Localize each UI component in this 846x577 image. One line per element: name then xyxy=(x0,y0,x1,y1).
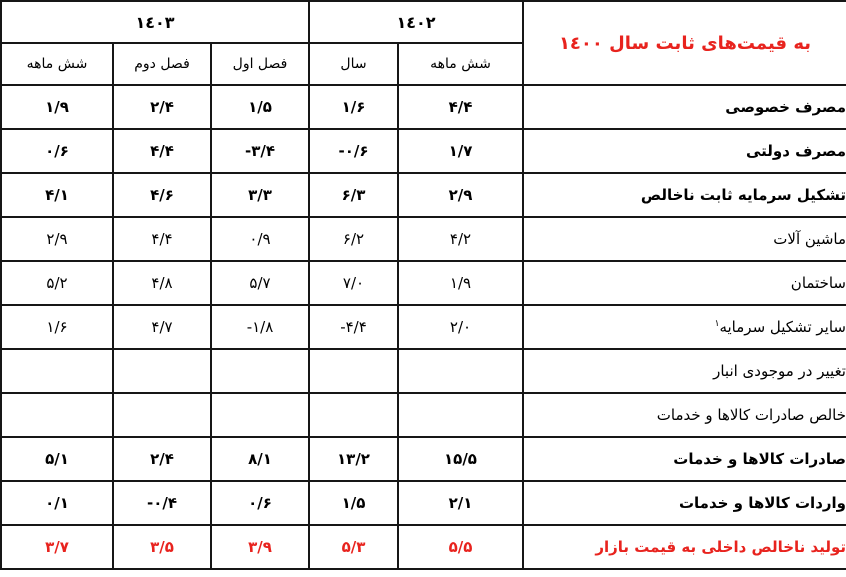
value-cell: -۱/۸ xyxy=(211,305,309,349)
value-cell: ۳/۵ xyxy=(113,525,211,569)
table-row-imports: واردات کالاها و خدمات ۲/۱ ۱/۵ ۰/۶ -۰/۴ ۰… xyxy=(1,481,846,525)
value-cell: ۴/۸ xyxy=(113,261,211,305)
value-cell: ۴/۴ xyxy=(398,85,523,129)
value-cell: -۰/۴ xyxy=(113,481,211,525)
value-cell xyxy=(1,349,113,393)
year-header-row: به قیمت‌های ثابت سال ١٤٠٠ ١٤٠٢ ١٤٠٣ xyxy=(1,1,846,43)
value-cell: ۱/۵ xyxy=(211,85,309,129)
national-accounts-table: به قیمت‌های ثابت سال ١٤٠٠ ١٤٠٢ ١٤٠٣ شش م… xyxy=(0,0,846,570)
table-row-private-consumption: مصرف خصوصی ۴/۴ ۱/۶ ۱/۵ ۲/۴ ۱/۹ xyxy=(1,85,846,129)
value-cell xyxy=(398,349,523,393)
row-label: تشکیل سرمایه ثابت ناخالص xyxy=(523,173,846,217)
value-cell: ۷/۰ xyxy=(309,261,398,305)
table-row-net-exports: خالص صادرات کالاها و خدمات xyxy=(1,393,846,437)
value-cell xyxy=(398,393,523,437)
value-cell: ۸/۱ xyxy=(211,437,309,481)
value-cell: ۶/۲ xyxy=(309,217,398,261)
row-label: ساختمان xyxy=(523,261,846,305)
value-cell: ۱/۹ xyxy=(398,261,523,305)
value-cell xyxy=(211,393,309,437)
value-cell: ۰/۶ xyxy=(1,129,113,173)
value-cell: ۳/۹ xyxy=(211,525,309,569)
row-label: تولید ناخالص داخلی به قیمت بازار xyxy=(523,525,846,569)
value-cell xyxy=(309,349,398,393)
table-row-gross-fixed-capital: تشکیل سرمایه ثابت ناخالص ۲/۹ ۶/۳ ۳/۳ ۴/۶… xyxy=(1,173,846,217)
value-cell xyxy=(113,393,211,437)
value-cell: ۱۵/۵ xyxy=(398,437,523,481)
subheader-1403-q1: فصل اول xyxy=(211,43,309,85)
value-cell: ۴/۷ xyxy=(113,305,211,349)
row-label: تغییر در موجودی انبار xyxy=(523,349,846,393)
value-cell: -۳/۴ xyxy=(211,129,309,173)
value-cell: -۴/۴ xyxy=(309,305,398,349)
value-cell: ۳/۷ xyxy=(1,525,113,569)
value-cell: ۵/۷ xyxy=(211,261,309,305)
report-page: به قیمت‌های ثابت سال ١٤٠٠ ١٤٠٢ ١٤٠٣ شش م… xyxy=(0,0,846,577)
value-cell xyxy=(113,349,211,393)
table-row-other-capital-formation: سایر تشکیل سرمایه۱ ۲/۰ -۴/۴ -۱/۸ ۴/۷ ۱/۶ xyxy=(1,305,846,349)
table-title: به قیمت‌های ثابت سال ١٤٠٠ xyxy=(523,1,846,85)
value-cell: ۴/۴ xyxy=(113,217,211,261)
value-cell: ۱/۶ xyxy=(309,85,398,129)
row-label: صادرات کالاها و خدمات xyxy=(523,437,846,481)
table-row-construction: ساختمان ۱/۹ ۷/۰ ۵/۷ ۴/۸ ۵/۲ xyxy=(1,261,846,305)
value-cell: ۵/۵ xyxy=(398,525,523,569)
year-header-1403: ١٤٠٣ xyxy=(1,1,309,43)
subheader-1403-q2: فصل دوم xyxy=(113,43,211,85)
value-cell: ۱/۹ xyxy=(1,85,113,129)
value-cell: ۲/۴ xyxy=(113,437,211,481)
value-cell: ۰/۶ xyxy=(211,481,309,525)
value-cell: ۵/۲ xyxy=(1,261,113,305)
value-cell: ۴/۶ xyxy=(113,173,211,217)
row-label: سایر تشکیل سرمایه۱ xyxy=(523,305,846,349)
subheader-1403-six-month: شش ماهه xyxy=(1,43,113,85)
value-cell: -۰/۶ xyxy=(309,129,398,173)
table-row-inventory-change: تغییر در موجودی انبار xyxy=(1,349,846,393)
value-cell: ۲/۰ xyxy=(398,305,523,349)
subheader-1402-year: سال xyxy=(309,43,398,85)
value-cell: ۲/۴ xyxy=(113,85,211,129)
value-cell xyxy=(1,393,113,437)
value-cell: ۳/۳ xyxy=(211,173,309,217)
table-row-exports: صادرات کالاها و خدمات ۱۵/۵ ۱۳/۲ ۸/۱ ۲/۴ … xyxy=(1,437,846,481)
value-cell: ۴/۱ xyxy=(1,173,113,217)
table-row-gdp-market-price: تولید ناخالص داخلی به قیمت بازار ۵/۵ ۵/۳… xyxy=(1,525,846,569)
table-row-government-consumption: مصرف دولتی ۱/۷ -۰/۶ -۳/۴ ۴/۴ ۰/۶ xyxy=(1,129,846,173)
year-header-1402: ١٤٠٢ xyxy=(309,1,523,43)
value-cell: ۰/۱ xyxy=(1,481,113,525)
value-cell: ۲/۹ xyxy=(1,217,113,261)
value-cell: ۱/۵ xyxy=(309,481,398,525)
value-cell: ۰/۹ xyxy=(211,217,309,261)
value-cell: ۴/۲ xyxy=(398,217,523,261)
value-cell xyxy=(211,349,309,393)
value-cell: ۵/۳ xyxy=(309,525,398,569)
value-cell: ۲/۹ xyxy=(398,173,523,217)
row-label: ماشین آلات xyxy=(523,217,846,261)
row-label: خالص صادرات کالاها و خدمات xyxy=(523,393,846,437)
value-cell: ۵/۱ xyxy=(1,437,113,481)
row-label: واردات کالاها و خدمات xyxy=(523,481,846,525)
value-cell xyxy=(309,393,398,437)
row-label: مصرف خصوصی xyxy=(523,85,846,129)
subheader-1402-six-month: شش ماهه xyxy=(398,43,523,85)
value-cell: ۱/۶ xyxy=(1,305,113,349)
table-row-machinery: ماشین آلات ۴/۲ ۶/۲ ۰/۹ ۴/۴ ۲/۹ xyxy=(1,217,846,261)
row-label: مصرف دولتی xyxy=(523,129,846,173)
value-cell: ۱۳/۲ xyxy=(309,437,398,481)
value-cell: ۲/۱ xyxy=(398,481,523,525)
value-cell: ۱/۷ xyxy=(398,129,523,173)
value-cell: ۶/۳ xyxy=(309,173,398,217)
value-cell: ۴/۴ xyxy=(113,129,211,173)
row-label-text: سایر تشکیل سرمایه xyxy=(719,318,846,336)
